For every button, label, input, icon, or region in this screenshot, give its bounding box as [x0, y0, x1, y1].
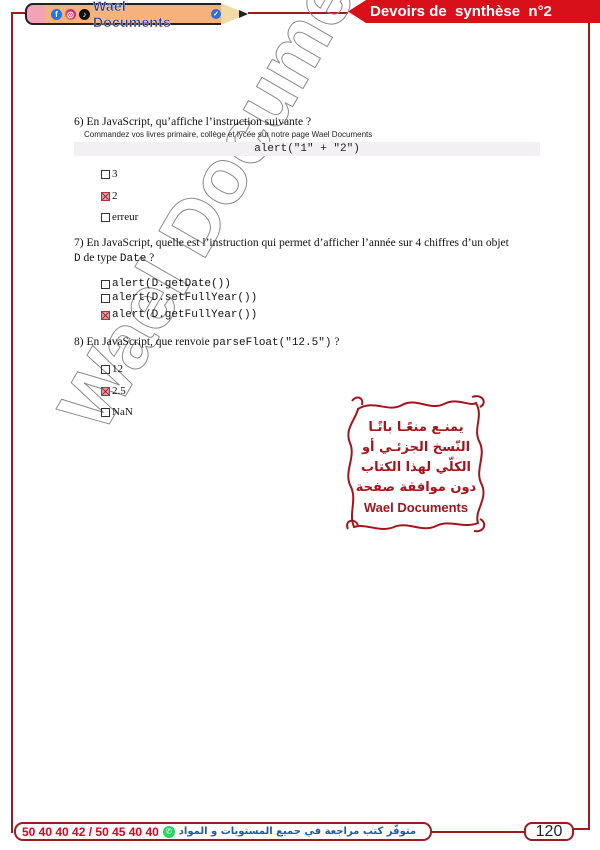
- watermark: Wael Documents: [40, 0, 432, 446]
- page-frame-top: [248, 12, 348, 14]
- footer-divider: [432, 831, 524, 833]
- code-inline: Date: [120, 253, 146, 265]
- page-frame-left: [11, 13, 13, 833]
- option-label: NaN: [112, 406, 133, 418]
- checkbox-icon[interactable]: [101, 170, 110, 179]
- option-label: 12: [112, 363, 123, 375]
- question-text: En JavaScript, quelle est l’instruction …: [86, 237, 508, 249]
- tiktok-icon: ♪: [79, 9, 90, 20]
- footer-arabic-text: متوفّر كتب مراجعة في جميع المستويات و ال…: [179, 826, 416, 837]
- question-mark: ?: [149, 252, 154, 264]
- option-q7-a[interactable]: alert(D.getDate()): [101, 278, 231, 290]
- notice-line: دون موافقة صفحة: [346, 478, 486, 498]
- option-q8-a[interactable]: 12: [101, 363, 123, 375]
- question-text: de type: [83, 252, 117, 264]
- verified-badge-icon: ✓: [211, 9, 221, 19]
- brand-pencil-logo: f ◎ ♪ Wael Documents ✓: [25, 3, 250, 23]
- copyright-notice: يمنـع منعًـا باتًـا النّسخ الجزئـي أو ال…: [346, 418, 486, 518]
- option-q6-a[interactable]: 3: [101, 168, 118, 180]
- question-number: 8): [74, 336, 84, 348]
- question-text: En JavaScript, qu’affiche l’instruction …: [86, 116, 311, 128]
- checkbox-icon[interactable]: [101, 365, 110, 374]
- checked-checkbox-icon[interactable]: [101, 192, 110, 201]
- option-q6-c[interactable]: erreur: [101, 211, 138, 223]
- checkbox-icon[interactable]: [101, 213, 110, 222]
- question-8: 8) En JavaScript, que renvoie parseFloat…: [74, 336, 339, 349]
- checkbox-icon[interactable]: [101, 294, 110, 303]
- page-number-text: 120: [536, 823, 563, 841]
- question-number: 7): [74, 237, 84, 249]
- notice-line: النّسخ الجزئـي أو: [346, 438, 486, 458]
- question-mark: ?: [334, 336, 339, 348]
- notice-brand: Wael Documents: [346, 498, 486, 518]
- question-text: En JavaScript, que renvoie: [86, 336, 209, 348]
- promo-line: Commandez vos livres primaire, collège e…: [84, 130, 372, 139]
- checkbox-icon[interactable]: [101, 280, 110, 289]
- option-label: 3: [112, 168, 118, 180]
- page-frame-right: [588, 22, 590, 830]
- notice-line: الكلّي لهذا الكتاب: [346, 458, 486, 478]
- checked-checkbox-icon[interactable]: [101, 311, 110, 320]
- instagram-icon: ◎: [65, 9, 76, 20]
- pencil-lead: [239, 10, 248, 18]
- checked-checkbox-icon[interactable]: [101, 387, 110, 396]
- question-number: 6): [74, 116, 84, 128]
- whatsapp-icon: ✆: [163, 826, 175, 838]
- phone-numbers: 50 40 40 42 / 50 45 40 40: [22, 825, 159, 839]
- page-frame-bottom: [573, 828, 590, 830]
- code-snippet: alert("1" + "2"): [74, 142, 540, 156]
- checkbox-icon[interactable]: [101, 408, 110, 417]
- option-label: erreur: [112, 211, 138, 223]
- question-7-line2: D de type Date ?: [74, 252, 154, 265]
- option-q7-b[interactable]: alert(D.setFullYear()): [101, 292, 257, 304]
- footer-contact: 50 40 40 42 / 50 45 40 40 ✆ متوفّر كتب م…: [14, 822, 432, 841]
- code-text: alert("1" + "2"): [254, 143, 360, 155]
- notice-line: يمنـع منعًـا باتًـا: [346, 418, 486, 438]
- facebook-icon: f: [51, 9, 62, 20]
- option-q8-c[interactable]: NaN: [101, 406, 133, 418]
- option-label: alert(D.getDate()): [112, 278, 231, 290]
- brand-bar: f ◎ ♪ Wael Documents ✓: [45, 3, 221, 25]
- page-number: 120: [524, 822, 574, 841]
- option-label: alert(D.getFullYear()): [112, 309, 257, 321]
- question-6: 6) En JavaScript, qu’affiche l’instructi…: [74, 116, 311, 128]
- page-title: Devoirs de synthèse n°2: [370, 3, 552, 20]
- option-q8-b[interactable]: 2.5: [101, 385, 126, 397]
- question-7: 7) En JavaScript, quelle est l’instructi…: [74, 237, 509, 249]
- code-inline: parseFloat("12.5"): [213, 337, 332, 349]
- option-q7-c[interactable]: alert(D.getFullYear()): [101, 309, 257, 321]
- title-banner: Devoirs de synthèse n°2: [348, 0, 600, 23]
- option-label: 2: [112, 190, 118, 202]
- option-q6-b[interactable]: 2: [101, 190, 118, 202]
- brand-name: Wael Documents: [93, 0, 208, 30]
- code-inline: D: [74, 253, 81, 265]
- option-label: 2.5: [112, 385, 126, 397]
- option-label: alert(D.setFullYear()): [112, 292, 257, 304]
